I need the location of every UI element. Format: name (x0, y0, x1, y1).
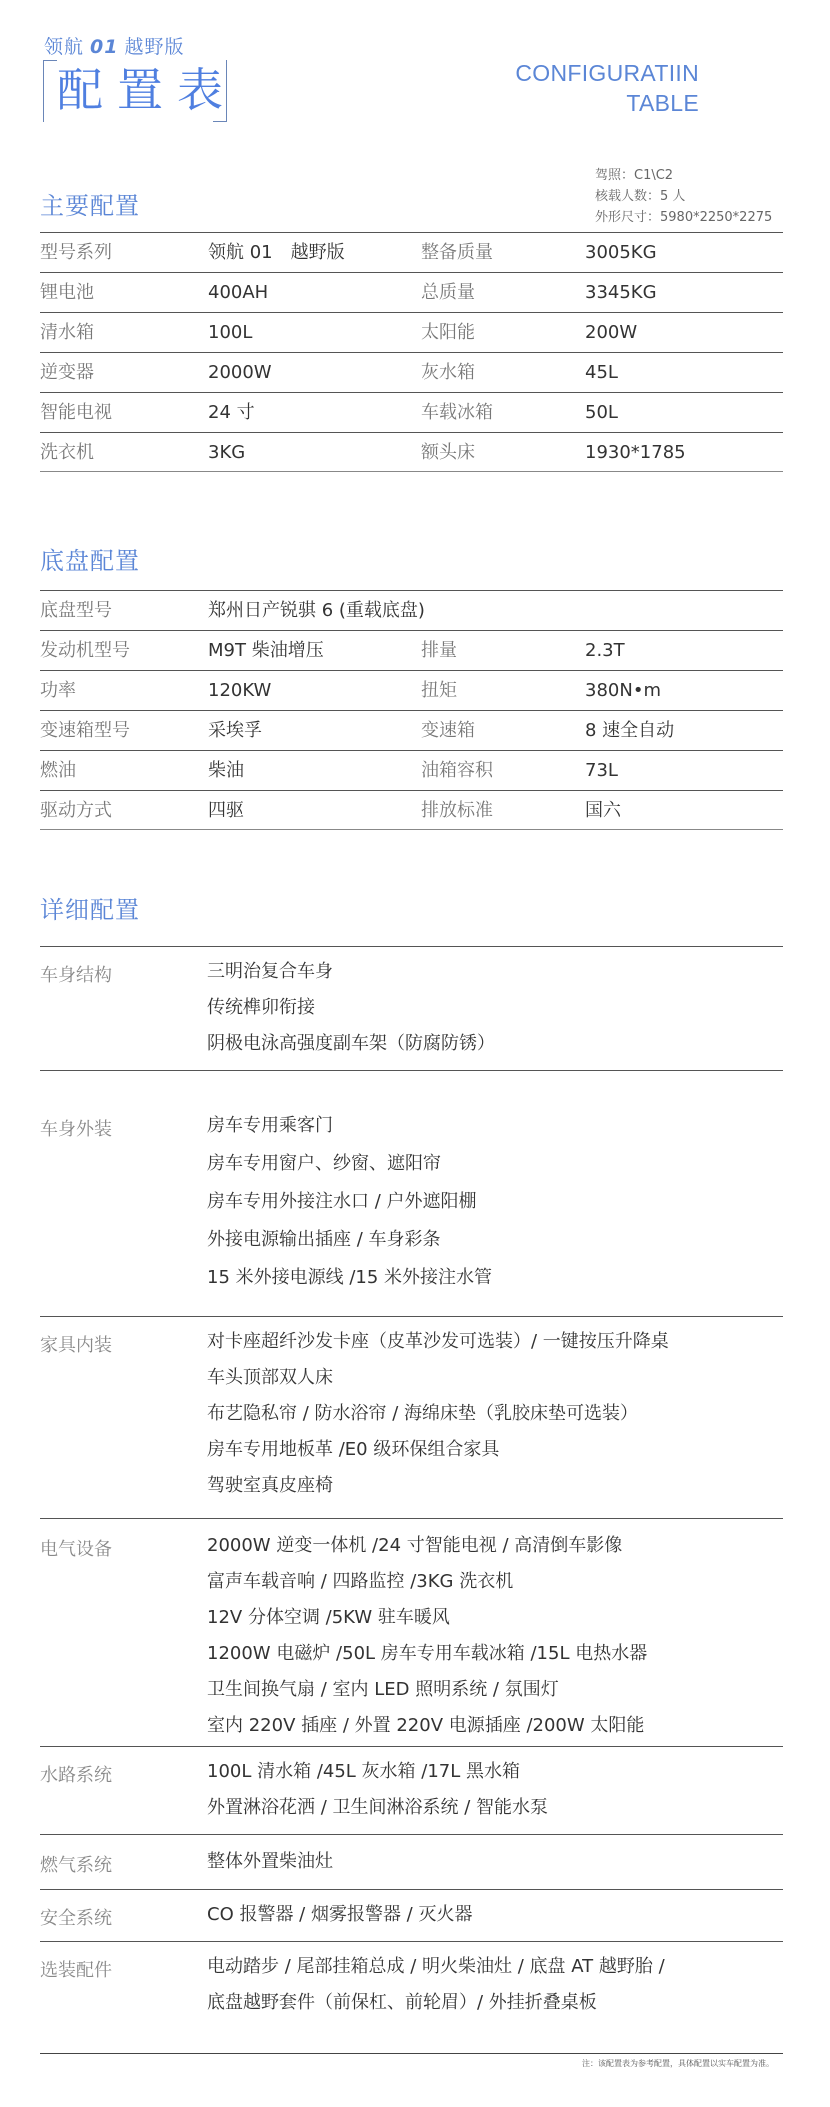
row-value: 2.3T (585, 640, 625, 662)
row-value: 3345KG (585, 282, 657, 304)
table-row: 型号系列 领航 01 越野版 整备质量 3005KG (40, 232, 783, 272)
detail-row: 电气设备 2000W 逆变一体机 /24 寸智能电视 / 高清倒车影像 富声车载… (40, 1518, 783, 1746)
row-value: 郑州日产锐骐 6 (重载底盘) (208, 600, 425, 622)
table-row: 燃油 柴油 油箱容积 73L (40, 750, 783, 790)
row-label: 扭矩 (421, 680, 457, 702)
table-row: 逆变器 2000W 灰水箱 45L (40, 352, 783, 392)
detail-line: 外接电源输出插座 / 车身彩条 (207, 1229, 783, 1251)
detail-label: 电气设备 (40, 1535, 112, 1561)
row-label: 总质量 (421, 282, 475, 304)
chassis-config-table: 底盘型号 郑州日产锐骐 6 (重载底盘) 发动机型号 M9T 柴油增压 排量 2… (40, 590, 783, 830)
detail-row: 车身外装 房车专用乘客门 房车专用窗户、纱窗、遮阳帘 房车专用外接注水口 / 户… (40, 1070, 783, 1316)
table-row: 发动机型号 M9T 柴油增压 排量 2.3T (40, 630, 783, 670)
row-label: 锂电池 (40, 282, 94, 304)
detail-config-table: 车身结构 三明治复合车身 传统榫卯衔接 阴极电泳高强度副车架（防腐防锈） 车身外… (40, 946, 783, 2054)
row-value: 400AH (208, 282, 268, 304)
english-title: CONFIGURATIIN TABLE (515, 58, 699, 118)
row-value: 3KG (208, 442, 245, 464)
row-value: 200W (585, 322, 637, 344)
row-label: 发动机型号 (40, 640, 130, 662)
detail-line: 驾驶室真皮座椅 (207, 1475, 783, 1497)
row-value: M9T 柴油增压 (208, 640, 324, 662)
row-label: 排量 (421, 640, 457, 662)
detail-label: 燃气系统 (40, 1851, 112, 1877)
row-value: 3005KG (585, 242, 657, 264)
detail-line: 三明治复合车身 (207, 961, 783, 983)
detail-line: 底盘越野套件（前保杠、前轮眉）/ 外挂折叠桌板 (207, 1992, 783, 2014)
row-label: 底盘型号 (40, 600, 112, 622)
row-label: 整备质量 (421, 242, 493, 264)
detail-line: 12V 分体空调 /5KW 驻车暖风 (207, 1607, 783, 1629)
row-label: 洗衣机 (40, 442, 94, 464)
row-label: 燃油 (40, 760, 76, 782)
detail-line: 富声车载音响 / 四路监控 /3KG 洗衣机 (207, 1571, 783, 1593)
row-label: 太阳能 (421, 322, 475, 344)
row-value: 柴油 (208, 760, 244, 782)
detail-values: 电动踏步 / 尾部挂箱总成 / 明火柴油灶 / 底盘 AT 越野胎 / 底盘越野… (207, 1956, 783, 2014)
main-config-table: 型号系列 领航 01 越野版 整备质量 3005KG 锂电池 400AH 总质量… (40, 232, 783, 472)
detail-label: 车身外装 (40, 1115, 112, 1141)
brand-line: 领航01越野版 (44, 32, 184, 59)
bottom-divider (40, 2053, 783, 2054)
detail-row: 家具内装 对卡座超纤沙发卡座（皮革沙发可选装）/ 一键按压升降桌 车头顶部双人床… (40, 1316, 783, 1518)
row-value: 50L (585, 402, 618, 424)
section-title-main: 主要配置 (40, 186, 140, 221)
brand-suffix: 越野版 (124, 36, 184, 58)
row-label: 变速箱型号 (40, 720, 130, 742)
row-label: 逆变器 (40, 362, 94, 384)
bracket-top-left (43, 60, 57, 122)
detail-label: 安全系统 (40, 1904, 112, 1930)
detail-row: 安全系统 CO 报警器 / 烟雾报警器 / 灭火器 (40, 1889, 783, 1941)
row-value: 24 寸 (208, 402, 255, 424)
detail-label: 选装配件 (40, 1956, 112, 1982)
detail-line: 外置淋浴花洒 / 卫生间淋浴系统 / 智能水泵 (207, 1797, 783, 1819)
detail-line: 100L 清水箱 /45L 灰水箱 /17L 黑水箱 (207, 1761, 783, 1783)
detail-line: 阴极电泳高强度副车架（防腐防锈） (207, 1033, 783, 1055)
section-title-detail: 详细配置 (40, 890, 140, 925)
detail-row: 车身结构 三明治复合车身 传统榫卯衔接 阴极电泳高强度副车架（防腐防锈） (40, 946, 783, 1070)
detail-values: 房车专用乘客门 房车专用窗户、纱窗、遮阳帘 房车专用外接注水口 / 户外遮阳棚 … (207, 1115, 783, 1289)
row-label: 变速箱 (421, 720, 475, 742)
row-label: 灰水箱 (421, 362, 475, 384)
detail-line: 室内 220V 插座 / 外置 220V 电源插座 /200W 太阳能 (207, 1715, 783, 1737)
row-value: 73L (585, 760, 618, 782)
row-label: 额头床 (421, 442, 475, 464)
english-title-line2: TABLE (515, 88, 699, 118)
table-row: 功率 120KW 扭矩 380N•m (40, 670, 783, 710)
row-value: 8 速全自动 (585, 720, 674, 742)
row-label: 功率 (40, 680, 76, 702)
row-value: 国六 (585, 800, 621, 822)
table-row: 变速箱型号 采埃孚 变速箱 8 速全自动 (40, 710, 783, 750)
detail-label: 家具内装 (40, 1331, 112, 1357)
table-row: 底盘型号 郑州日产锐骐 6 (重载底盘) (40, 590, 783, 630)
detail-label: 车身结构 (40, 961, 112, 987)
brand-number: 01 (90, 36, 118, 58)
detail-line: 对卡座超纤沙发卡座（皮革沙发可选装）/ 一键按压升降桌 (207, 1331, 783, 1353)
detail-values: 三明治复合车身 传统榫卯衔接 阴极电泳高强度副车架（防腐防锈） (207, 961, 783, 1055)
table-row: 清水箱 100L 太阳能 200W (40, 312, 783, 352)
row-value: 1930*1785 (585, 442, 686, 464)
detail-values: 100L 清水箱 /45L 灰水箱 /17L 黑水箱 外置淋浴花洒 / 卫生间淋… (207, 1761, 783, 1819)
row-label: 排放标准 (421, 800, 493, 822)
detail-line: 2000W 逆变一体机 /24 寸智能电视 / 高清倒车影像 (207, 1535, 783, 1557)
detail-line: 房车专用外接注水口 / 户外遮阳棚 (207, 1191, 783, 1213)
detail-row: 燃气系统 整体外置柴油灶 (40, 1834, 783, 1889)
detail-label: 水路系统 (40, 1761, 112, 1787)
english-title-line1: CONFIGURATIIN (515, 58, 699, 88)
title-frame: 配置表 (43, 60, 227, 122)
row-value: 采埃孚 (208, 720, 262, 742)
detail-row: 水路系统 100L 清水箱 /45L 灰水箱 /17L 黑水箱 外置淋浴花洒 /… (40, 1746, 783, 1834)
section-title-chassis: 底盘配置 (40, 541, 140, 576)
row-label: 型号系列 (40, 242, 112, 264)
detail-line: 房车专用地板革 /E0 级环保组合家具 (207, 1439, 783, 1461)
capacity-note: 核载人数：5 人 (595, 186, 772, 207)
brand-prefix: 领航 (44, 36, 84, 58)
row-label: 车载冰箱 (421, 402, 493, 424)
table-row: 洗衣机 3KG 额头床 1930*1785 (40, 432, 783, 472)
table-row: 智能电视 24 寸 车载冰箱 50L (40, 392, 783, 432)
row-value: 45L (585, 362, 618, 384)
detail-line: 房车专用窗户、纱窗、遮阳帘 (207, 1153, 783, 1175)
row-value: 领航 01 越野版 (208, 242, 345, 264)
detail-line: 整体外置柴油灶 (207, 1851, 783, 1873)
row-value: 四驱 (208, 800, 244, 822)
detail-line: CO 报警器 / 烟雾报警器 / 灭火器 (207, 1904, 783, 1926)
row-value: 120KW (208, 680, 271, 702)
detail-line: 布艺隐私帘 / 防水浴帘 / 海绵床垫（乳胶床垫可选装） (207, 1403, 783, 1425)
detail-line: 15 米外接电源线 /15 米外接注水管 (207, 1267, 783, 1289)
detail-line: 1200W 电磁炉 /50L 房车专用车载冰箱 /15L 电热水器 (207, 1643, 783, 1665)
detail-line: 房车专用乘客门 (207, 1115, 783, 1137)
detail-line: 电动踏步 / 尾部挂箱总成 / 明火柴油灶 / 底盘 AT 越野胎 / (207, 1956, 783, 1978)
row-label: 智能电视 (40, 402, 112, 424)
row-value: 2000W (208, 362, 272, 384)
row-value: 100L (208, 322, 252, 344)
row-value: 380N•m (585, 680, 661, 702)
license-note: 驾照：C1\C2 (595, 165, 772, 186)
detail-row: 选装配件 电动踏步 / 尾部挂箱总成 / 明火柴油灶 / 底盘 AT 越野胎 /… (40, 1941, 783, 2053)
detail-values: 整体外置柴油灶 (207, 1851, 783, 1873)
detail-values: CO 报警器 / 烟雾报警器 / 灭火器 (207, 1904, 783, 1926)
page-title: 配置表 (57, 64, 237, 116)
detail-values: 对卡座超纤沙发卡座（皮革沙发可选装）/ 一键按压升降桌 车头顶部双人床 布艺隐私… (207, 1331, 783, 1497)
table-row: 驱动方式 四驱 排放标准 国六 (40, 790, 783, 830)
row-label: 驱动方式 (40, 800, 112, 822)
table-row: 锂电池 400AH 总质量 3345KG (40, 272, 783, 312)
row-label: 油箱容积 (421, 760, 493, 782)
spec-notes: 驾照：C1\C2 核载人数：5 人 外形尺寸：5980*2250*2275 (595, 165, 772, 228)
detail-line: 卫生间换气扇 / 室内 LED 照明系统 / 氛围灯 (207, 1679, 783, 1701)
row-label: 清水箱 (40, 322, 94, 344)
detail-values: 2000W 逆变一体机 /24 寸智能电视 / 高清倒车影像 富声车载音响 / … (207, 1535, 783, 1737)
detail-line: 车头顶部双人床 (207, 1367, 783, 1389)
dimensions-note: 外形尺寸：5980*2250*2275 (595, 207, 772, 228)
footnote: 注：该配置表为参考配置，具体配置以实车配置为准。 (582, 2058, 774, 2069)
detail-line: 传统榫卯衔接 (207, 997, 783, 1019)
